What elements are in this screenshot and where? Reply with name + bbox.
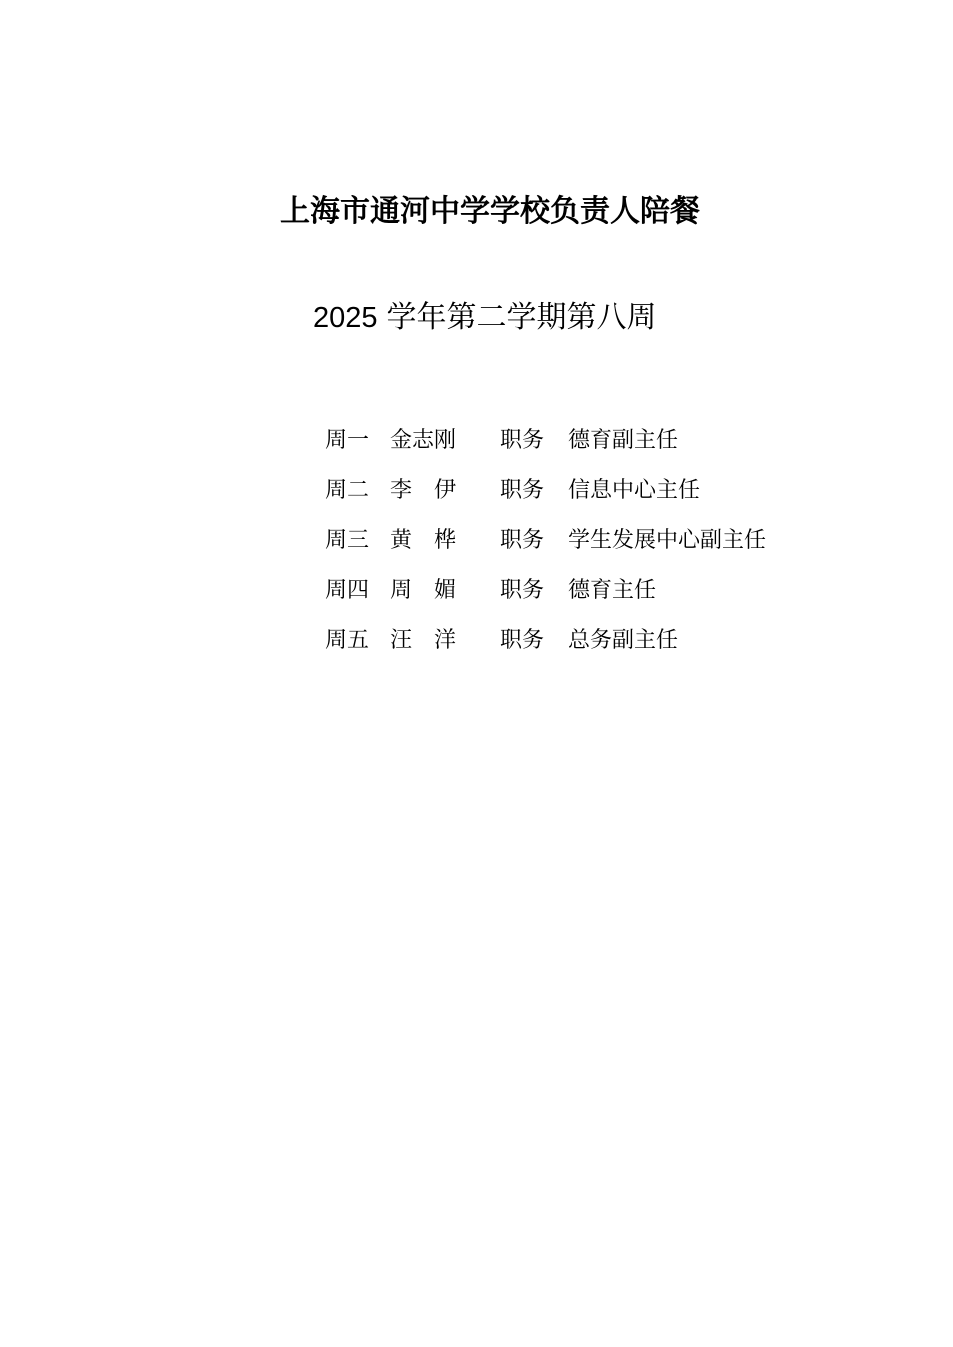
- day-cell: 周四: [325, 565, 369, 615]
- schedule-row-friday: 周五 汪 洋 职务 总务副主任: [325, 615, 845, 665]
- duty-label: 职务: [500, 415, 544, 465]
- day-cell: 周二: [325, 465, 369, 515]
- duty-label: 职务: [500, 565, 544, 615]
- day-cell: 周三: [325, 515, 369, 565]
- duty-label: 职务: [500, 465, 544, 515]
- duty-label: 职务: [500, 615, 544, 665]
- name-cell: 黄 桦: [390, 515, 456, 565]
- position-cell: 信息中心主任: [568, 465, 700, 515]
- schedule-row-tuesday: 周二 李 伊 职务 信息中心主任: [325, 465, 845, 515]
- schedule-row-wednesday: 周三 黄 桦 职务 学生发展中心副主任: [325, 515, 845, 565]
- day-cell: 周一: [325, 415, 369, 465]
- name-cell: 李 伊: [390, 465, 456, 515]
- subtitle-year: 2025: [313, 302, 378, 334]
- subtitle-term: 学年第二学期第八周: [387, 301, 657, 334]
- position-cell: 总务副主任: [568, 615, 678, 665]
- name-cell: 周 媚: [390, 565, 456, 615]
- position-cell: 德育主任: [568, 565, 656, 615]
- schedule-row-thursday: 周四 周 媚 职务 德育主任: [325, 565, 845, 615]
- document-title: 上海市通河中学学校负责人陪餐: [280, 194, 700, 230]
- schedule-row-monday: 周一 金志刚 职务 德育副主任: [325, 415, 845, 465]
- name-cell: 金志刚: [390, 415, 456, 465]
- name-cell: 汪 洋: [390, 615, 456, 665]
- day-cell: 周五: [325, 615, 369, 665]
- document-page: 上海市通河中学学校负责人陪餐 2025学年第二学期第八周 周一 金志刚 职务 德…: [0, 0, 953, 1347]
- position-cell: 学生发展中心副主任: [568, 515, 766, 565]
- position-cell: 德育副主任: [568, 415, 678, 465]
- duty-label: 职务: [500, 515, 544, 565]
- document-subtitle: 2025学年第二学期第八周: [313, 300, 657, 336]
